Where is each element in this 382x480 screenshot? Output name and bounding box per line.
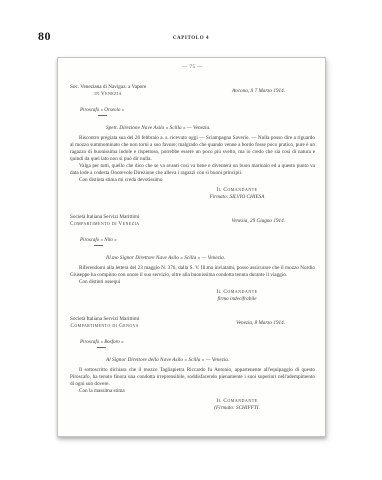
- sender-location: in Venezia: [70, 91, 146, 98]
- body-paragraph: Il sottoscritto dichiara che il mozzo Ta…: [70, 367, 315, 388]
- salutation: Spett. Direzione Nave Asilo « Scilla » —…: [106, 125, 315, 131]
- signature-title: Il Comandante: [181, 398, 293, 404]
- body-paragraph: Valga per tutti, quello che dico che se …: [70, 163, 315, 177]
- letter-header: Società Italiana Servizi Marittimi Compa…: [70, 316, 315, 330]
- letter-orseolo: Soc. Veneziana di Navigaz. a Vapore in V…: [70, 84, 315, 200]
- signature-title: Il Comandante: [181, 289, 293, 295]
- signature-title: Il Comandante: [181, 187, 293, 193]
- salutation: Ill.mo Signor Direttore Nave Asilo « Sci…: [106, 255, 315, 261]
- letter-header: Soc. Veneziana di Navigaz. a Vapore in V…: [70, 84, 315, 98]
- sender-location: Compartimento di Genova: [70, 323, 139, 330]
- signature-name: Firmato: SILVIO CHIESA: [181, 194, 293, 200]
- sender-location: Compartimento di Venezia: [70, 221, 140, 228]
- dateline: Venezia, 29 Giugno 1914.: [232, 218, 285, 224]
- sender-name: Società Italiana Servizi Marittimi: [70, 214, 140, 221]
- sender-block: Soc. Veneziana di Navigaz. a Vapore in V…: [70, 84, 146, 98]
- vessel-name: Piroscafo « Bosforo »: [80, 340, 124, 348]
- signature-block: Il Comandante Firmato: SILVIO CHIESA: [181, 187, 293, 200]
- vessel-name: Piroscafo « Orseolo »: [80, 108, 124, 116]
- dateline: Ancona, li 7 Marzo 1914.: [232, 88, 285, 94]
- scanned-letter-page: — 75 — Soc. Veneziana di Navigaz. a Vapo…: [57, 57, 326, 437]
- letter-nilo: Società Italiana Servizi Marittimi Compa…: [70, 214, 315, 302]
- sender-name: Soc. Veneziana di Navigaz. a Vapore: [70, 84, 146, 91]
- body-paragraph: Riscontro pregiata sua del 26 febbraio a…: [70, 135, 315, 163]
- letter-header: Società Italiana Servizi Marittimi Compa…: [70, 214, 315, 228]
- body-paragraph: Con distinti ossequi: [70, 279, 315, 286]
- chapter-header: Capitolo 4: [0, 36, 382, 41]
- letter-bosforo: Società Italiana Servizi Marittimi Compa…: [70, 316, 315, 411]
- body-paragraph: Con distinta stima mi creda devotissimo: [70, 177, 315, 184]
- body-paragraph: Con la massima stima: [70, 388, 315, 395]
- scan-page-number: — 75 —: [70, 65, 315, 70]
- body-paragraph: Riferendomi alla lettera del 23 maggio N…: [70, 265, 315, 279]
- dateline: Venezia, 8 Marzo 1914.: [236, 320, 285, 326]
- signature-block: Il Comandante firma indecifrabile: [181, 289, 293, 302]
- salutation: Al Signor Direttore della Nave Asilo « S…: [106, 357, 315, 363]
- signature-block: Il Comandante (Firmato: SCHIFFTI.: [181, 398, 293, 411]
- signature-name: (Firmato: SCHIFFTI.: [181, 405, 293, 411]
- signature-name: firma indecifrabile: [181, 296, 293, 302]
- sender-name: Società Italiana Servizi Marittimi: [70, 316, 139, 323]
- sender-block: Società Italiana Servizi Marittimi Compa…: [70, 316, 139, 330]
- sender-block: Società Italiana Servizi Marittimi Compa…: [70, 214, 140, 228]
- book-page: 80 Capitolo 4 — 75 — Soc. Veneziana di N…: [0, 0, 382, 480]
- vessel-name: Piroscafo « Nilo »: [80, 238, 117, 246]
